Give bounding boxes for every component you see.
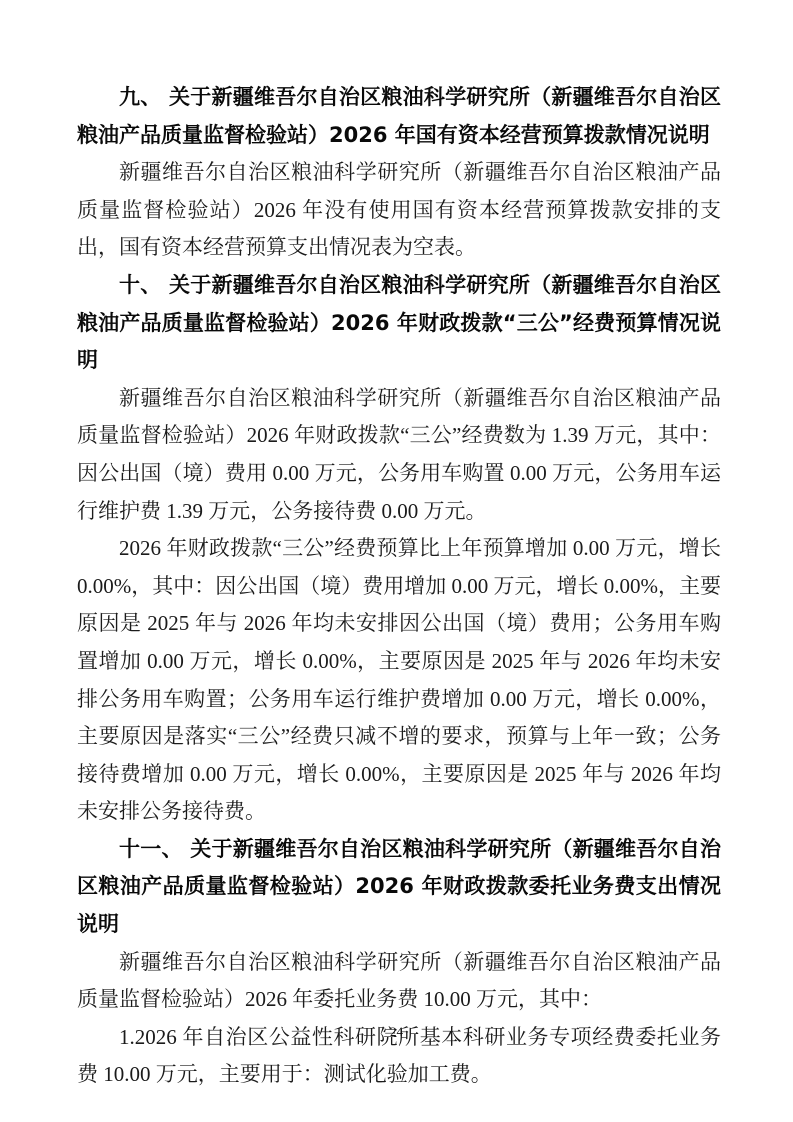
section-9-paragraph: 新疆维吾尔自治区粮油科学研究所（新疆维吾尔自治区粮油产品质量监督检验站）2026… bbox=[77, 154, 721, 267]
document-page: 九、 关于新疆维吾尔自治区粮油科学研究所（新疆维吾尔自治区粮油产品质量监督检验站… bbox=[0, 0, 793, 1122]
page-number: 24 bbox=[0, 1022, 793, 1042]
section-10-heading: 十、 关于新疆维吾尔自治区粮油科学研究所（新疆维吾尔自治区粮油产品质量监督检验站… bbox=[77, 267, 721, 380]
section-9-heading: 九、 关于新疆维吾尔自治区粮油科学研究所（新疆维吾尔自治区粮油产品质量监督检验站… bbox=[77, 79, 721, 154]
section-11: 十一、 关于新疆维吾尔自治区粮油科学研究所（新疆维吾尔自治区粮油产品质量监督检验… bbox=[77, 831, 721, 1094]
section-10-paragraph-1: 新疆维吾尔自治区粮油科学研究所（新疆维吾尔自治区粮油产品质量监督检验站）2026… bbox=[77, 380, 721, 530]
section-11-heading: 十一、 关于新疆维吾尔自治区粮油科学研究所（新疆维吾尔自治区粮油产品质量监督检验… bbox=[77, 831, 721, 944]
section-10-paragraph-2: 2026 年财政拨款“三公”经费预算比上年预算增加 0.00 万元，增长 0.0… bbox=[77, 530, 721, 831]
section-10: 十、 关于新疆维吾尔自治区粮油科学研究所（新疆维吾尔自治区粮油产品质量监督检验站… bbox=[77, 267, 721, 831]
section-11-paragraph-1: 新疆维吾尔自治区粮油科学研究所（新疆维吾尔自治区粮油产品质量监督检验站）2026… bbox=[77, 944, 721, 1019]
section-9: 九、 关于新疆维吾尔自治区粮油科学研究所（新疆维吾尔自治区粮油产品质量监督检验站… bbox=[77, 79, 721, 267]
